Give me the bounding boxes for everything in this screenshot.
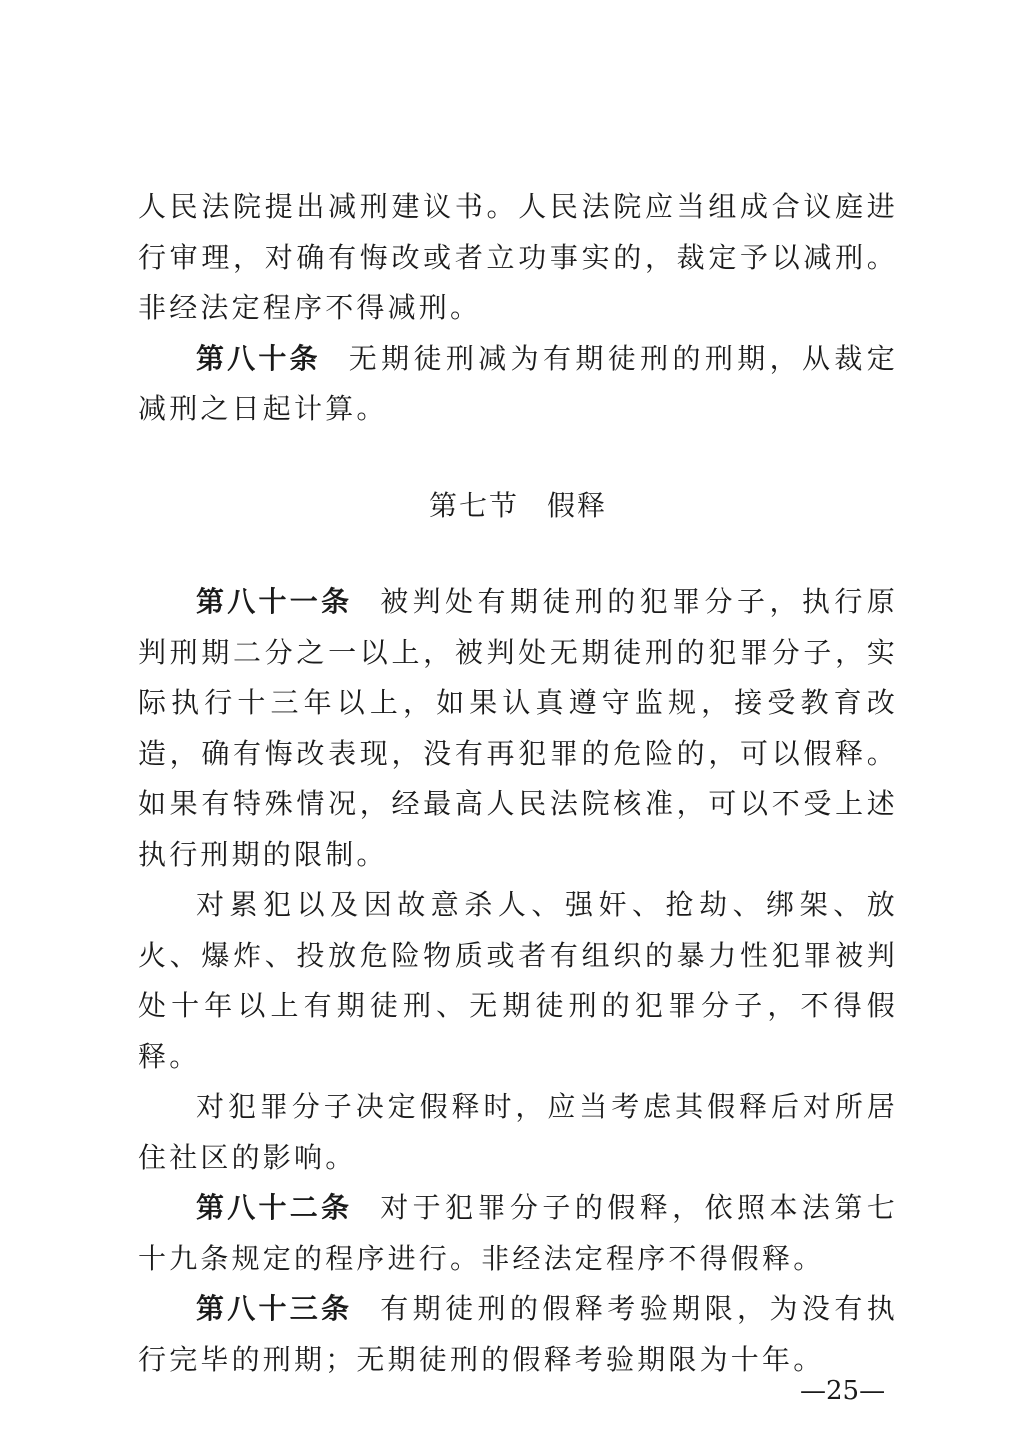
section-number: 第七节 — [429, 489, 519, 522]
article-label: 第八十一条 — [196, 585, 352, 618]
article-83: 第八十三条有期徒刑的假释考验期限，为没有执行完毕的刑期；无期徒刑的假释考验期限为… — [138, 1284, 898, 1385]
continuation-paragraph: 人民法院提出减刑建议书。人民法院应当组成合议庭进行审理，对确有悔改或者立功事实的… — [138, 182, 898, 334]
article-82: 第八十二条对于犯罪分子的假释，依照本法第七十九条规定的程序进行。非经法定程序不得… — [138, 1183, 898, 1284]
document-page: 人民法院提出减刑建议书。人民法院应当组成合议庭进行审理，对确有悔改或者立功事实的… — [138, 182, 898, 1385]
article-text: 被判处有期徒刑的犯罪分子，执行原判刑期二分之一以上，被判处无期徒刑的犯罪分子，实… — [138, 585, 898, 871]
article-81: 第八十一条被判处有期徒刑的犯罪分子，执行原判刑期二分之一以上，被判处无期徒刑的犯… — [138, 577, 898, 880]
article-80: 第八十条无期徒刑减为有期徒刑的刑期，从裁定减刑之日起计算。 — [138, 334, 898, 435]
section-heading: 第七节假释 — [138, 481, 898, 532]
article-label: 第八十二条 — [196, 1191, 352, 1224]
article-label: 第八十条 — [196, 342, 321, 375]
article-81-clause-2: 对累犯以及因故意杀人、强奸、抢劫、绑架、放火、爆炸、投放危险物质或者有组织的暴力… — [138, 880, 898, 1082]
section-title: 假释 — [547, 489, 607, 522]
article-label: 第八十三条 — [196, 1292, 352, 1325]
page-number: —25— — [800, 1376, 885, 1406]
article-81-clause-3: 对犯罪分子决定假释时，应当考虑其假释后对所居住社区的影响。 — [138, 1082, 898, 1183]
